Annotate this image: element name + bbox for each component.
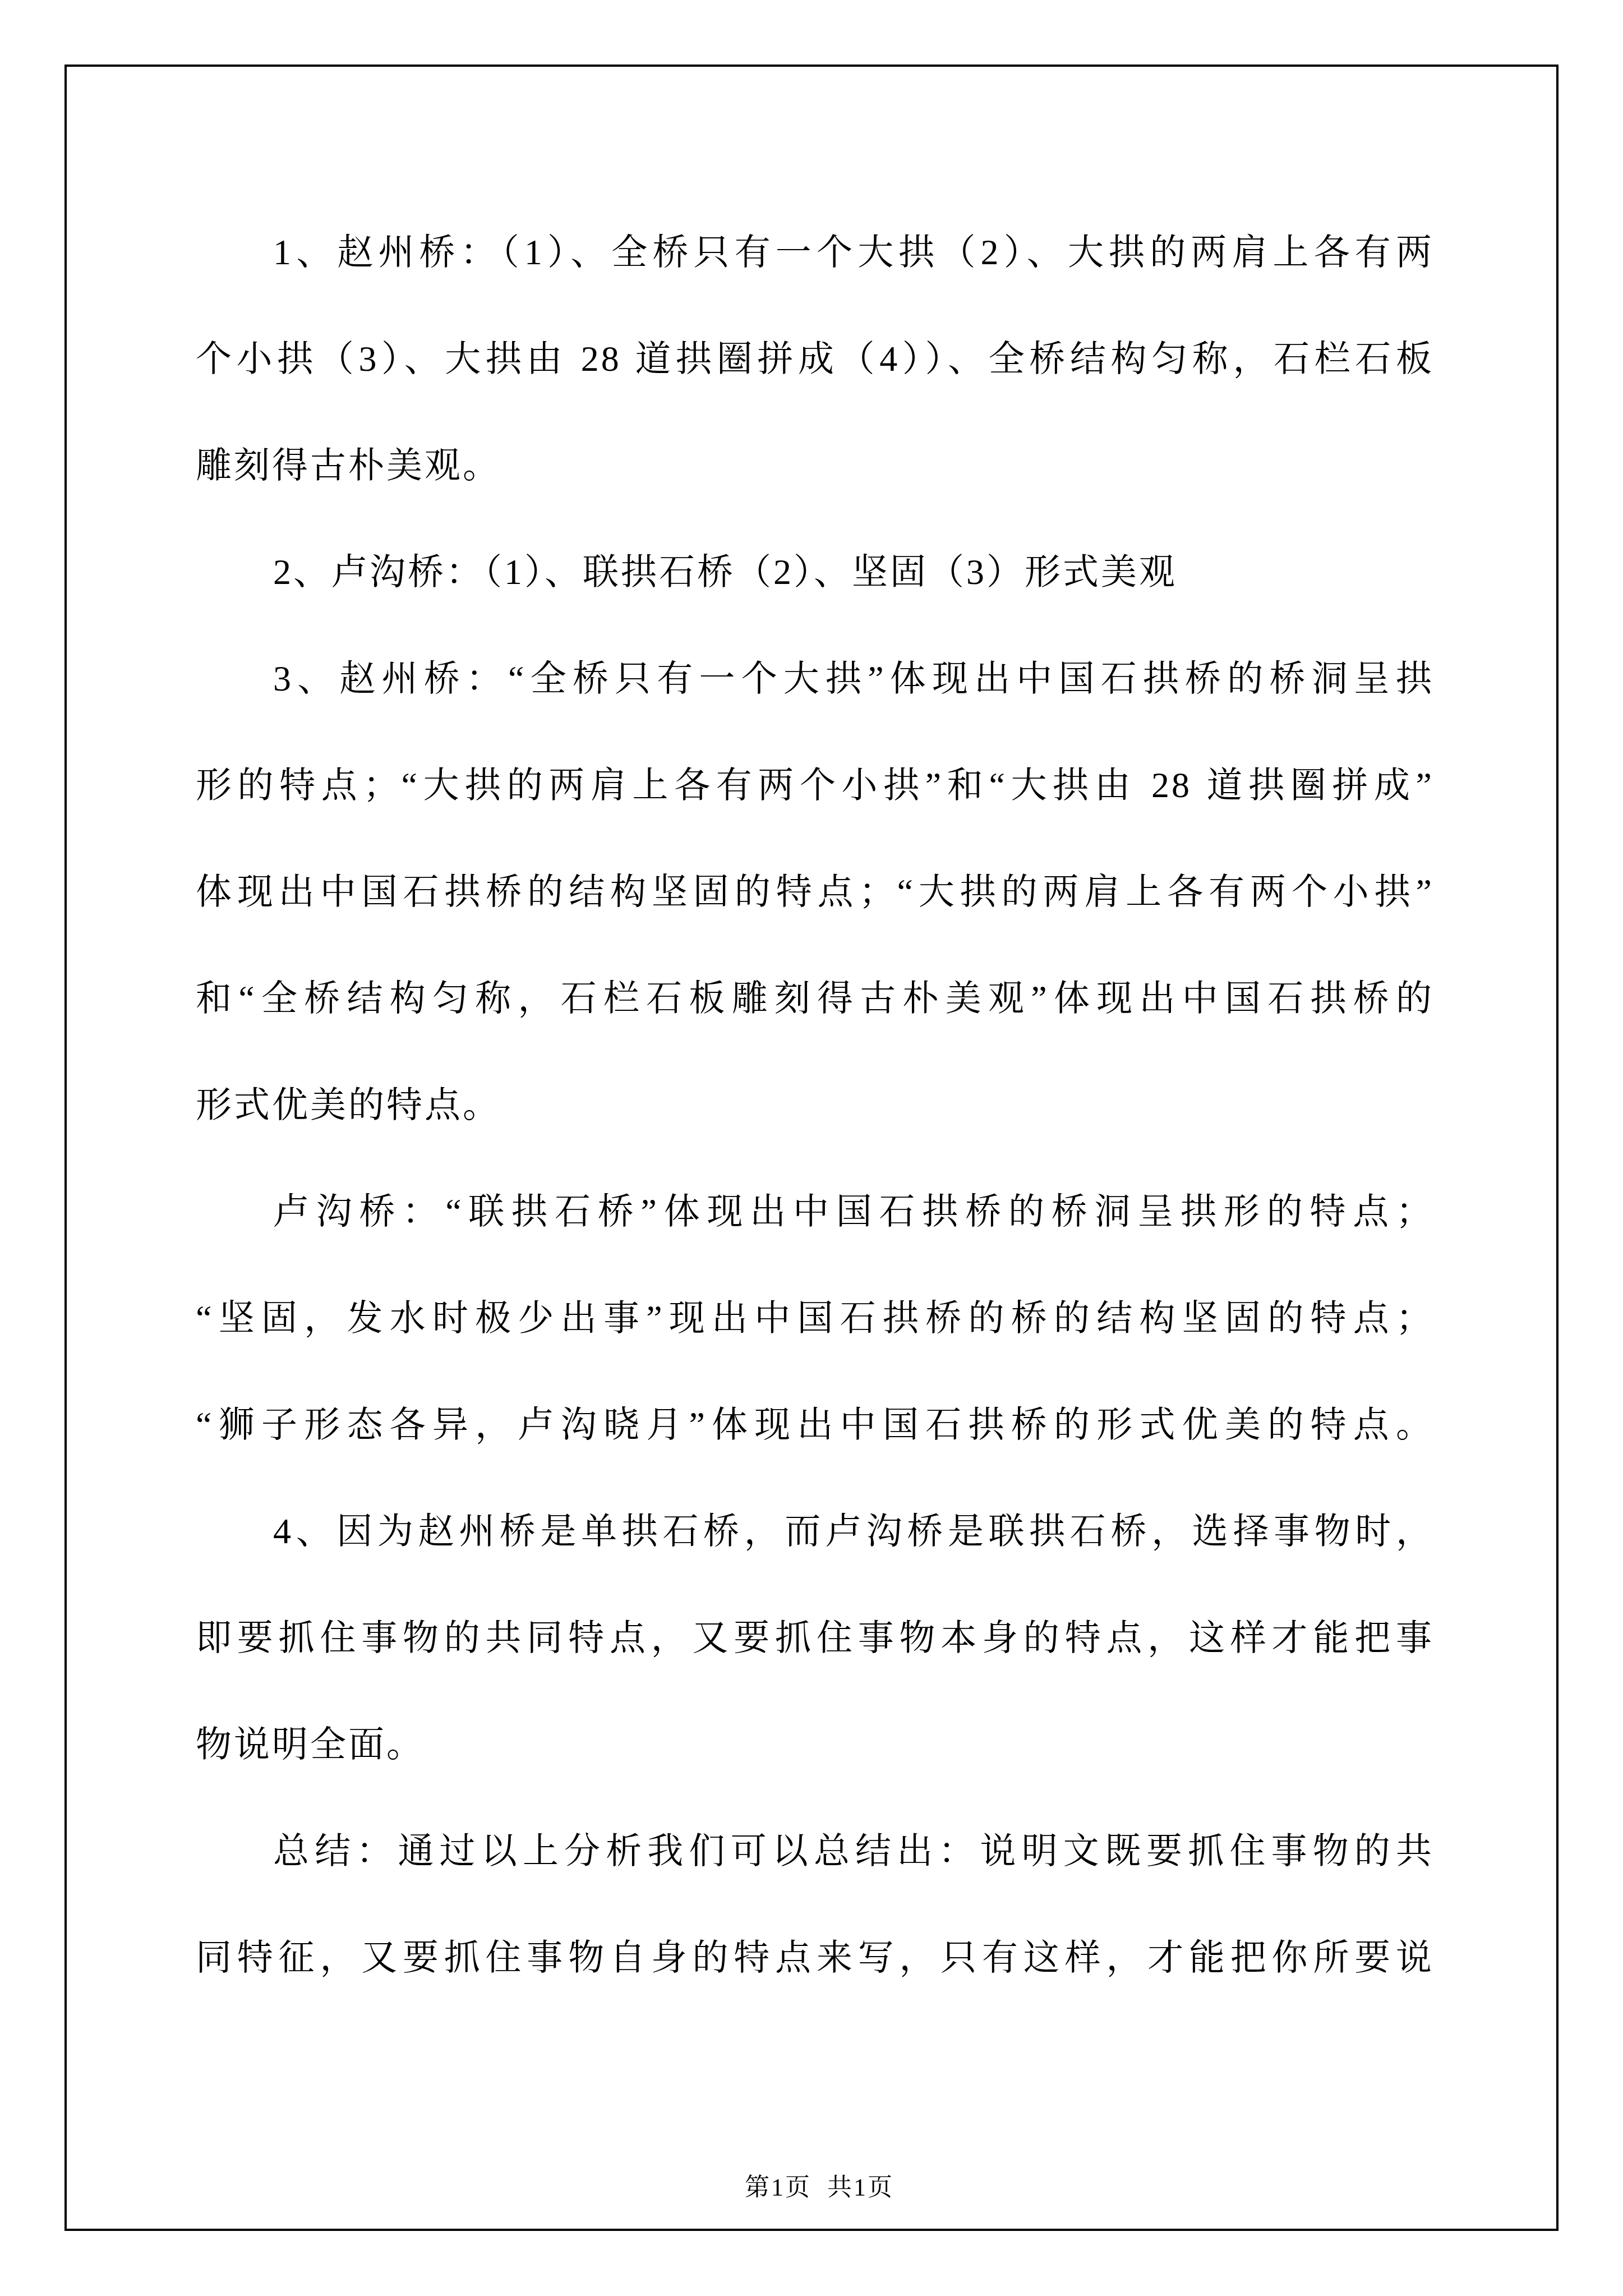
text-line: 形的特点；“大拱的两肩上各有两个小拱”和“大拱由 28 道拱圈拼成” [196, 732, 1434, 839]
document-body: 1、赵州桥：（1）、全桥只有一个大拱（2）、大拱的两肩上各有两 个小拱（3）、大… [196, 199, 1434, 2011]
text-line: 3、赵州桥：“全桥只有一个大拱”体现出中国石拱桥的桥洞呈拱 [196, 625, 1434, 732]
text-line: 4、因为赵州桥是单拱石桥，而卢沟桥是联拱石桥，选择事物时， [196, 1478, 1434, 1585]
text-line: 总结：通过以上分析我们可以总结出：说明文既要抓住事物的共 [196, 1798, 1434, 1904]
page-number: 第1页 共1页 [745, 2174, 894, 2201]
text-line: 个小拱（3）、大拱由 28 道拱圈拼成（4））、全桥结构匀称，石栏石板 [196, 306, 1434, 412]
text-line: 雕刻得古朴美观。 [196, 412, 1434, 519]
text-line: “狮子形态各异，卢沟晓月”体现出中国石拱桥的形式优美的特点。 [196, 1372, 1434, 1478]
text-line: 1、赵州桥：（1）、全桥只有一个大拱（2）、大拱的两肩上各有两 [196, 199, 1434, 306]
text-line: 2、卢沟桥：（1）、联拱石桥（2）、坚固（3）形式美观 [196, 519, 1434, 625]
text-line: 即要抓住事物的共同特点，又要抓住事物本身的特点，这样才能把事 [196, 1585, 1434, 1691]
page-footer: 第1页 共1页 [0, 2129, 1623, 2168]
text-line: 同特征，又要抓住事物自身的特点来写，只有这样，才能把你所要说 [196, 1904, 1434, 2011]
text-line: 形式优美的特点。 [196, 1052, 1434, 1158]
text-line: 卢沟桥：“联拱石桥”体现出中国石拱桥的桥洞呈拱形的特点； [196, 1158, 1434, 1265]
text-line: 体现出中国石拱桥的结构坚固的特点；“大拱的两肩上各有两个小拱” [196, 839, 1434, 945]
text-line: “坚固，发水时极少出事”现出中国石拱桥的桥的结构坚固的特点； [196, 1265, 1434, 1372]
text-line: 和“全桥结构匀称，石栏石板雕刻得古朴美观”体现出中国石拱桥的 [196, 945, 1434, 1052]
text-line: 物说明全面。 [196, 1691, 1434, 1798]
